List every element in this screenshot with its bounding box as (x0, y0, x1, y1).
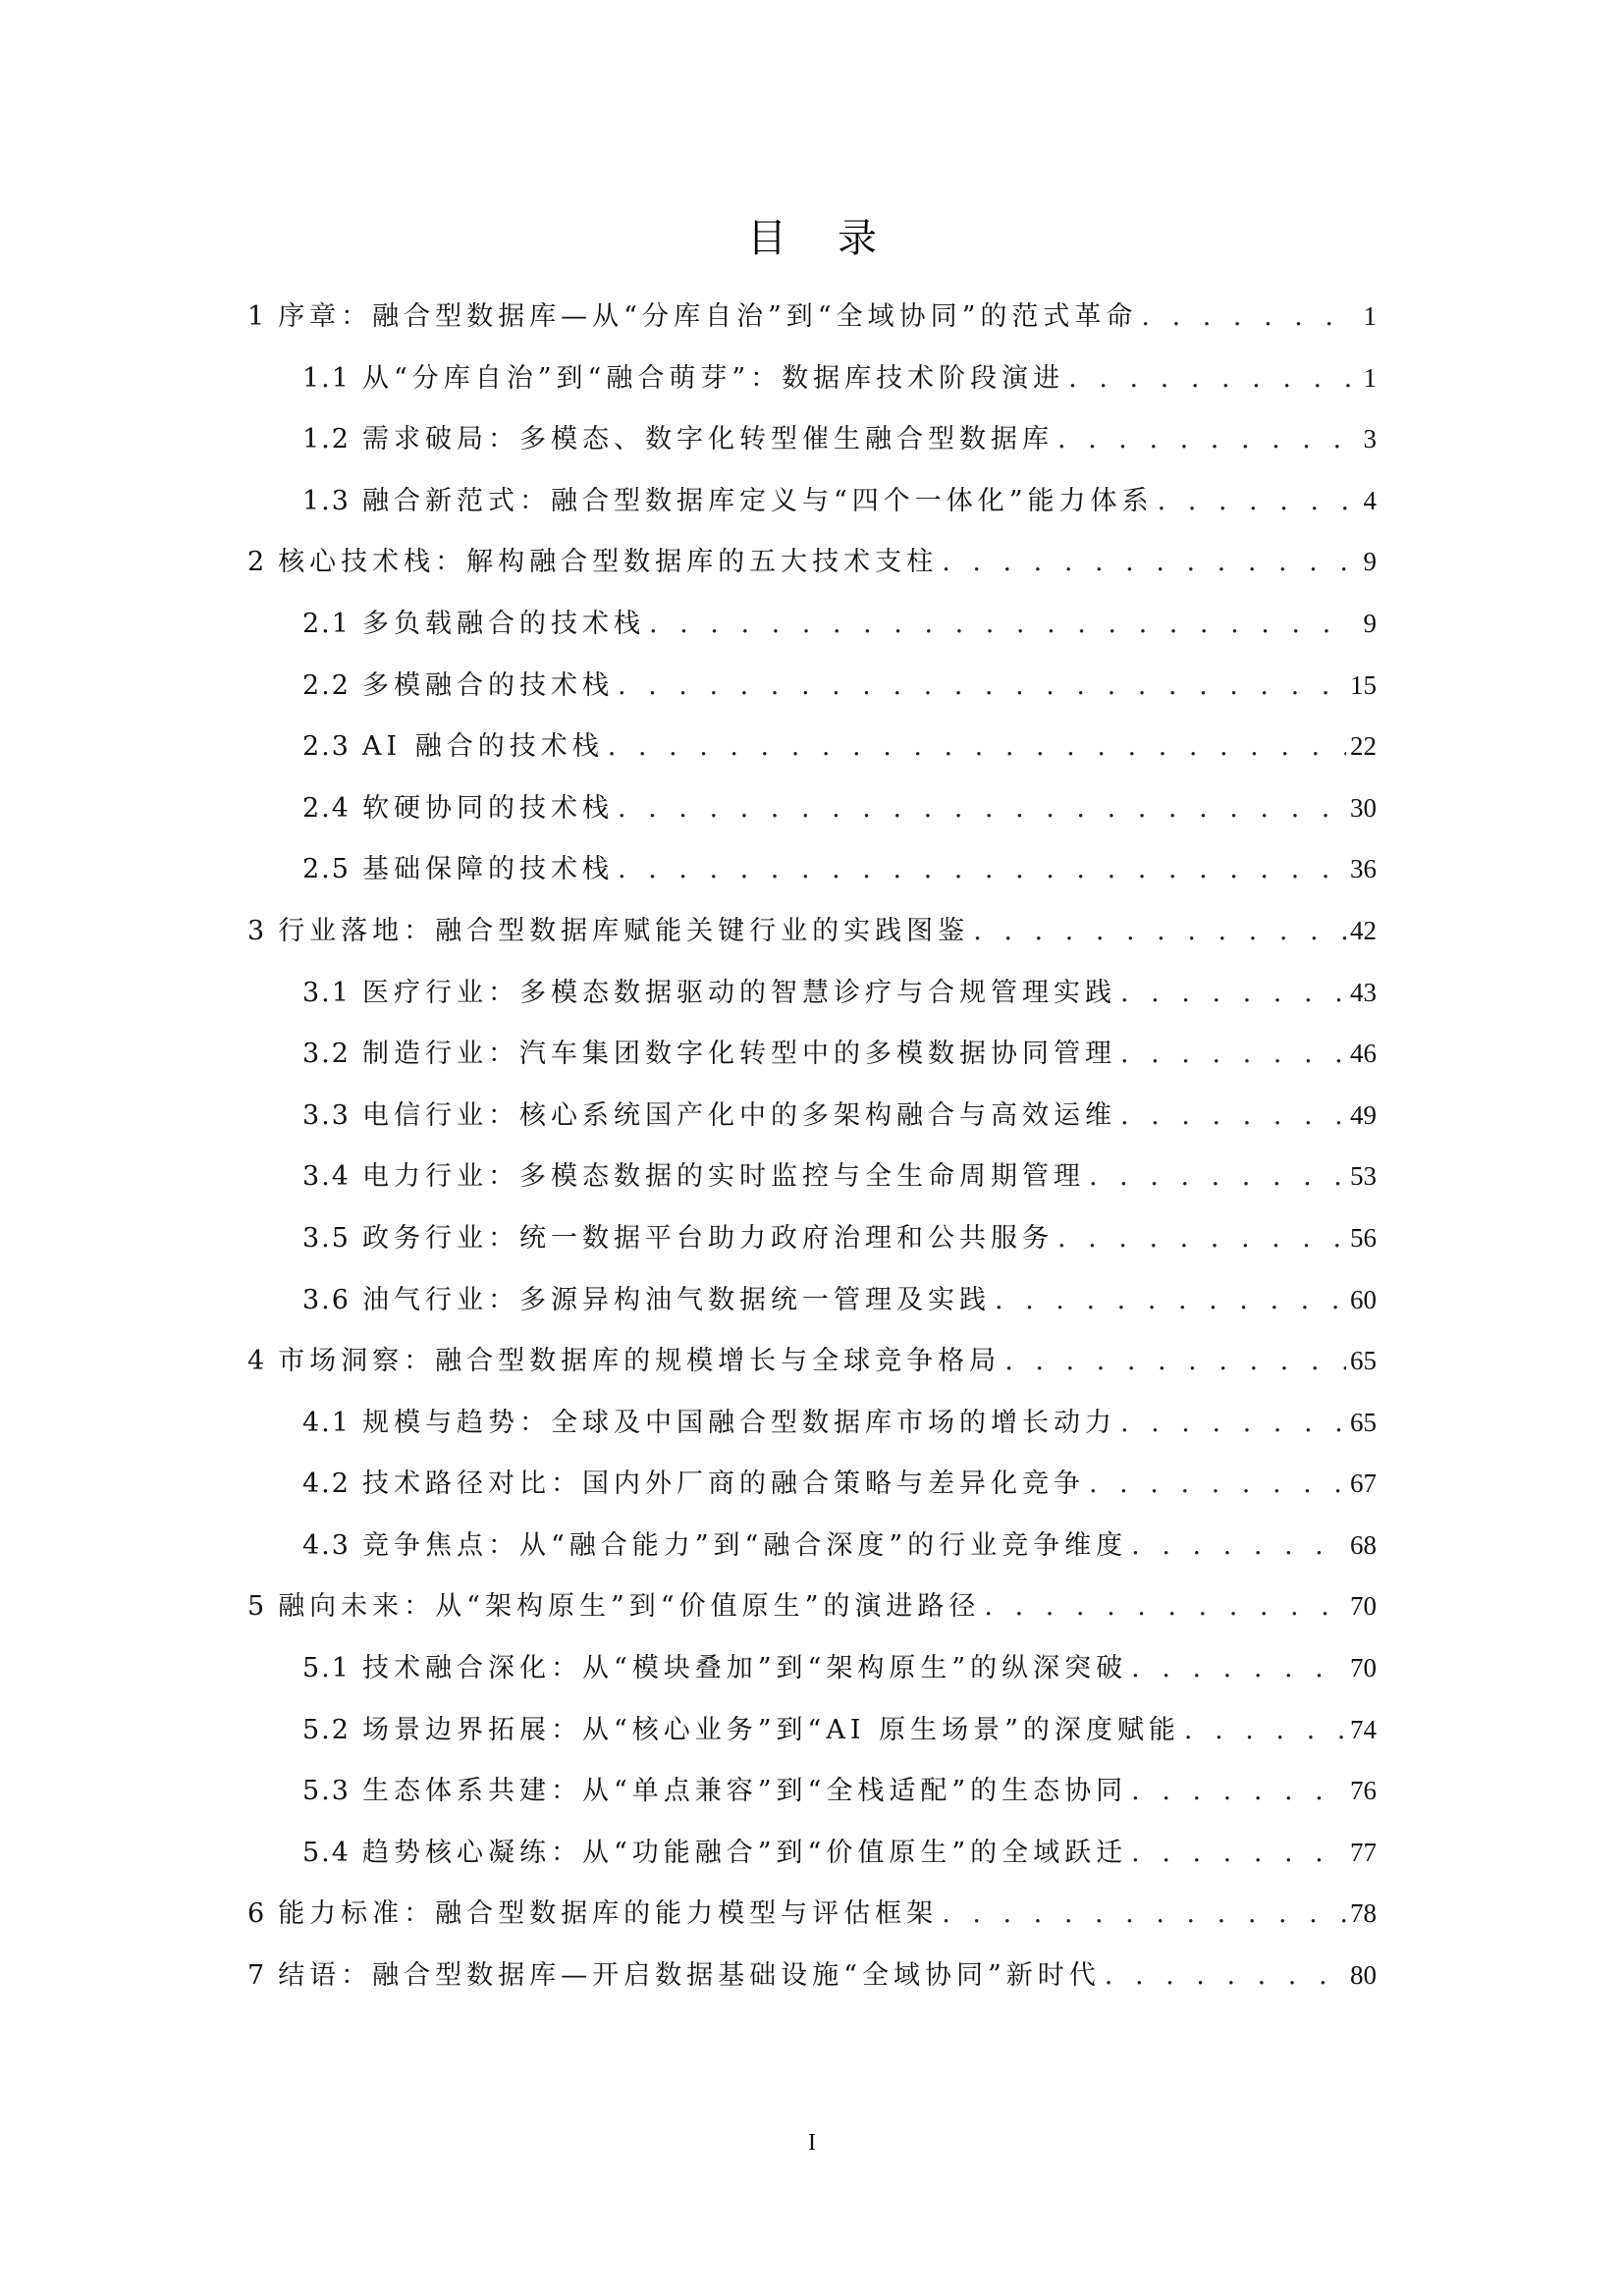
toc-entry-number: 5.2 (302, 1706, 351, 1755)
dot-leader (1131, 1829, 1346, 1878)
toc-entry-number: 5.1 (302, 1644, 351, 1693)
dot-leader (649, 600, 1353, 649)
dot-leader (1120, 1092, 1346, 1141)
toc-section-entry[interactable]: 2.5基础保障的技术栈36 (247, 844, 1377, 906)
toc-entry-page[interactable]: 46 (1350, 1029, 1377, 1078)
toc-entry-title[interactable]: 基础保障的技术栈 (362, 845, 614, 894)
toc-entry-page[interactable]: 30 (1350, 783, 1377, 832)
toc-entry-title[interactable]: 多模融合的技术栈 (362, 662, 614, 711)
dot-leader (1089, 1152, 1346, 1201)
toc-entry-page[interactable]: 67 (1350, 1459, 1377, 1508)
toc-entry-number: 4.2 (302, 1460, 351, 1509)
toc-entry-number: 4 (247, 1337, 266, 1386)
toc-entry-page[interactable]: 65 (1350, 1398, 1377, 1447)
toc-chapter-entry[interactable]: 1序章：融合型数据库—从“分库自治”到“全域协同”的范式革命1 (247, 292, 1377, 353)
toc-entry-page[interactable]: 74 (1350, 1705, 1377, 1754)
toc-entry-number: 6 (247, 1890, 266, 1939)
toc-entry-title[interactable]: 软硬协同的技术栈 (362, 784, 614, 833)
toc-chapter-entry[interactable]: 5融向未来：从“架构原生”到“价值原生”的演进路径70 (247, 1581, 1377, 1643)
toc-entry-number: 3.1 (302, 969, 351, 1018)
toc-section-entry[interactable]: 3.1医疗行业：多模态数据驱动的智慧诊疗与合规管理实践43 (247, 968, 1377, 1030)
dot-leader (973, 907, 1346, 956)
dot-leader (984, 1582, 1346, 1631)
toc-entry-title[interactable]: 技术融合深化：从“模块叠加”到“架构原生”的纵深突破 (362, 1644, 1127, 1693)
dot-leader (1057, 1214, 1346, 1263)
toc-entry-title[interactable]: 规模与趋势：全球及中国融合型数据库市场的增长动力 (362, 1399, 1116, 1448)
dot-leader (618, 845, 1346, 894)
toc-section-entry[interactable]: 1.1从“分库自治”到“融合萌芽”：数据库技术阶段演进1 (247, 353, 1377, 415)
toc-section-entry[interactable]: 5.2场景边界拓展：从“核心业务”到“AI 原生场景”的深度赋能74 (247, 1705, 1377, 1767)
toc-entry-title[interactable]: 市场洞察：融合型数据库的规模增长与全球竞争格局 (278, 1337, 1001, 1386)
dot-leader (1120, 1030, 1346, 1079)
toc-entry-number: 3.3 (302, 1092, 351, 1141)
toc-entry-page[interactable]: 65 (1350, 1336, 1377, 1385)
toc-section-entry[interactable]: 3.3电信行业：核心系统国产化中的多架构融合与高效运维49 (247, 1091, 1377, 1152)
toc-entry-title[interactable]: 电信行业：核心系统国产化中的多架构融合与高效运维 (362, 1092, 1116, 1141)
toc-entry-page[interactable]: 3 (1357, 414, 1377, 463)
toc-entry-number: 3 (247, 907, 266, 956)
toc-section-entry[interactable]: 3.2制造行业：汽车集团数字化转型中的多模数据协同管理46 (247, 1029, 1377, 1091)
toc-section-entry[interactable]: 5.4趋势核心凝练：从“功能融合”到“价值原生”的全域跃迁77 (247, 1828, 1377, 1890)
toc-entry-page[interactable]: 42 (1350, 906, 1377, 955)
dot-leader (942, 538, 1353, 587)
toc-chapter-entry[interactable]: 7结语：融合型数据库—开启数据基础设施“全域协同”新时代80 (247, 1950, 1377, 2012)
toc-entry-title[interactable]: 从“分库自治”到“融合萌芽”：数据库技术阶段演进 (362, 354, 1064, 403)
toc-entry-number: 2.1 (302, 600, 351, 649)
toc-entry-title[interactable]: 竞争焦点：从“融合能力”到“融合深度”的行业竞争维度 (362, 1522, 1127, 1571)
toc-entry-page[interactable]: 15 (1350, 661, 1377, 710)
toc-entry-number: 1.3 (302, 477, 351, 526)
toc-section-entry[interactable]: 1.3融合新范式：融合型数据库定义与“四个一体化”能力体系4 (247, 476, 1377, 538)
toc-entry-page[interactable]: 22 (1350, 721, 1377, 771)
footer-page-number: I (0, 2130, 1624, 2157)
toc-section-entry[interactable]: 2.3AI 融合的技术栈22 (247, 721, 1377, 783)
toc-entry-page[interactable]: 9 (1357, 599, 1377, 648)
toc-entry-page[interactable]: 1 (1357, 292, 1377, 341)
toc-entry-title[interactable]: 序章：融合型数据库—从“分库自治”到“全域协同”的范式革命 (278, 293, 1137, 342)
dot-leader (1004, 1337, 1346, 1386)
toc-section-entry[interactable]: 2.4软硬协同的技术栈30 (247, 783, 1377, 845)
toc-entry-number: 1.2 (302, 415, 351, 464)
toc-entry-page[interactable]: 4 (1357, 476, 1377, 525)
dot-leader (1131, 1522, 1346, 1571)
dot-leader (942, 1890, 1346, 1939)
toc-entry-title[interactable]: AI 融合的技术栈 (362, 722, 604, 772)
toc-entry-page[interactable]: 70 (1350, 1581, 1377, 1630)
toc-section-entry[interactable]: 3.4电力行业：多模态数据的实时监控与全生命周期管理53 (247, 1151, 1377, 1213)
toc-entry-number: 2.5 (302, 845, 351, 894)
toc-entry-title[interactable]: 医疗行业：多模态数据驱动的智慧诊疗与合规管理实践 (362, 969, 1116, 1018)
page-title: 目录 (0, 214, 1624, 263)
dot-leader (1120, 969, 1346, 1018)
toc-entry-title[interactable]: 行业落地：融合型数据库赋能关键行业的实践图鉴 (278, 907, 969, 956)
dot-leader (1057, 415, 1353, 464)
toc-entry-number: 3.5 (302, 1214, 351, 1263)
toc-entry-number: 2 (247, 538, 266, 587)
toc-entry-number: 4.1 (302, 1399, 351, 1448)
toc-entry-page[interactable]: 36 (1350, 844, 1377, 893)
toc-entry-number: 2.2 (302, 662, 351, 711)
dot-leader (608, 722, 1346, 772)
toc-entry-title[interactable]: 融合新范式：融合型数据库定义与“四个一体化”能力体系 (362, 477, 1154, 526)
toc-section-entry[interactable]: 4.3竞争焦点：从“融合能力”到“融合深度”的行业竞争维度68 (247, 1521, 1377, 1582)
dot-leader (995, 1276, 1346, 1325)
toc-entry-page[interactable]: 1 (1357, 353, 1377, 402)
toc-entry-number: 3.6 (302, 1276, 351, 1325)
toc-entry-number: 3.4 (302, 1152, 351, 1201)
toc-entry-number: 1 (247, 293, 266, 342)
toc-entry-page[interactable]: 70 (1350, 1643, 1377, 1692)
toc-entry-page[interactable]: 53 (1350, 1151, 1377, 1201)
toc-entry-page[interactable]: 76 (1350, 1766, 1377, 1815)
toc-entry-page[interactable]: 80 (1350, 1950, 1377, 2000)
dot-leader (1131, 1644, 1346, 1693)
toc-entry-title[interactable]: 结语：融合型数据库—开启数据基础设施“全域协同”新时代 (278, 1951, 1101, 2001)
toc-section-entry[interactable]: 4.1规模与趋势：全球及中国融合型数据库市场的增长动力65 (247, 1398, 1377, 1460)
toc-entry-title[interactable]: 多负载融合的技术栈 (362, 600, 645, 649)
toc-entry-number: 7 (247, 1951, 266, 2001)
toc-entry-title[interactable]: 趋势核心凝练：从“功能融合”到“价值原生”的全域跃迁 (362, 1829, 1127, 1878)
toc-section-entry[interactable]: 4.2技术路径对比：国内外厂商的融合策略与差异化竞争67 (247, 1459, 1377, 1521)
toc-entry-number: 4.3 (302, 1522, 351, 1571)
dot-leader (1105, 1951, 1346, 2001)
toc-entry-title[interactable]: 能力标准：融合型数据库的能力模型与评估框架 (278, 1890, 938, 1939)
toc-entry-title[interactable]: 核心技术栈：解构融合型数据库的五大技术支柱 (278, 538, 938, 587)
toc-entry-page[interactable]: 56 (1350, 1213, 1377, 1262)
toc-section-entry[interactable]: 1.2需求破局：多模态、数字化转型催生融合型数据库3 (247, 414, 1377, 476)
dot-leader (1068, 354, 1353, 403)
toc-section-entry[interactable]: 3.5政务行业：统一数据平台助力政府治理和公共服务56 (247, 1213, 1377, 1275)
toc-entry-number: 5.3 (302, 1767, 351, 1816)
toc-entry-number: 3.2 (302, 1030, 351, 1079)
toc-entry-title[interactable]: 油气行业：多源异构油气数据统一管理及实践 (362, 1276, 991, 1325)
toc-entry-number: 5 (247, 1582, 266, 1631)
toc-section-entry[interactable]: 2.2多模融合的技术栈15 (247, 661, 1377, 722)
toc-section-entry[interactable]: 2.1多负载融合的技术栈9 (247, 599, 1377, 661)
toc-section-entry[interactable]: 5.3生态体系共建：从“单点兼容”到“全栈适配”的生态协同76 (247, 1766, 1377, 1828)
toc-entry-title[interactable]: 融向未来：从“架构原生”到“价值原生”的演进路径 (278, 1582, 980, 1631)
toc-entry-number: 2.3 (302, 722, 351, 772)
toc-entry-page[interactable]: 77 (1350, 1828, 1377, 1877)
toc-entry-title[interactable]: 电力行业：多模态数据的实时监控与全生命周期管理 (362, 1152, 1085, 1201)
toc-entry-page[interactable]: 43 (1350, 968, 1377, 1017)
toc-entry-title[interactable]: 场景边界拓展：从“核心业务”到“AI 原生场景”的深度赋能 (362, 1706, 1180, 1755)
toc-entry-number: 2.4 (302, 784, 351, 833)
dot-leader (1131, 1767, 1346, 1816)
toc-section-entry[interactable]: 5.1技术融合深化：从“模块叠加”到“架构原生”的纵深突破70 (247, 1643, 1377, 1705)
toc-entry-page[interactable]: 68 (1350, 1521, 1377, 1570)
toc-entry-page[interactable]: 78 (1350, 1889, 1377, 1938)
toc-entry-number: 5.4 (302, 1829, 351, 1878)
toc-entry-title[interactable]: 需求破局：多模态、数字化转型催生融合型数据库 (362, 415, 1054, 464)
toc-chapter-entry[interactable]: 4市场洞察：融合型数据库的规模增长与全球竞争格局65 (247, 1336, 1377, 1398)
dot-leader (1120, 1399, 1346, 1448)
toc-entry-title[interactable]: 技术路径对比：国内外厂商的融合策略与差异化竞争 (362, 1460, 1085, 1509)
dot-leader (1089, 1460, 1346, 1509)
toc-entry-page[interactable]: 60 (1350, 1275, 1377, 1324)
dot-leader (1158, 477, 1353, 526)
toc-entry-title[interactable]: 生态体系共建：从“单点兼容”到“全栈适配”的生态协同 (362, 1767, 1127, 1816)
dot-leader (1141, 293, 1353, 342)
toc-section-entry[interactable]: 3.6油气行业：多源异构油气数据统一管理及实践60 (247, 1275, 1377, 1337)
toc-entry-title[interactable]: 制造行业：汽车集团数字化转型中的多模数据协同管理 (362, 1030, 1116, 1079)
toc-entry-number: 1.1 (302, 354, 351, 403)
table-of-contents: 1序章：融合型数据库—从“分库自治”到“全域协同”的范式革命11.1从“分库自治… (247, 292, 1377, 2012)
dot-leader (1184, 1706, 1346, 1755)
dot-leader (618, 662, 1346, 711)
toc-entry-title[interactable]: 政务行业：统一数据平台助力政府治理和公共服务 (362, 1214, 1054, 1263)
toc-entry-page[interactable]: 9 (1357, 537, 1377, 586)
toc-chapter-entry[interactable]: 6能力标准：融合型数据库的能力模型与评估框架78 (247, 1889, 1377, 1950)
dot-leader (618, 784, 1346, 833)
toc-chapter-entry[interactable]: 2核心技术栈：解构融合型数据库的五大技术支柱9 (247, 537, 1377, 599)
toc-chapter-entry[interactable]: 3行业落地：融合型数据库赋能关键行业的实践图鉴42 (247, 906, 1377, 968)
toc-entry-page[interactable]: 49 (1350, 1091, 1377, 1140)
